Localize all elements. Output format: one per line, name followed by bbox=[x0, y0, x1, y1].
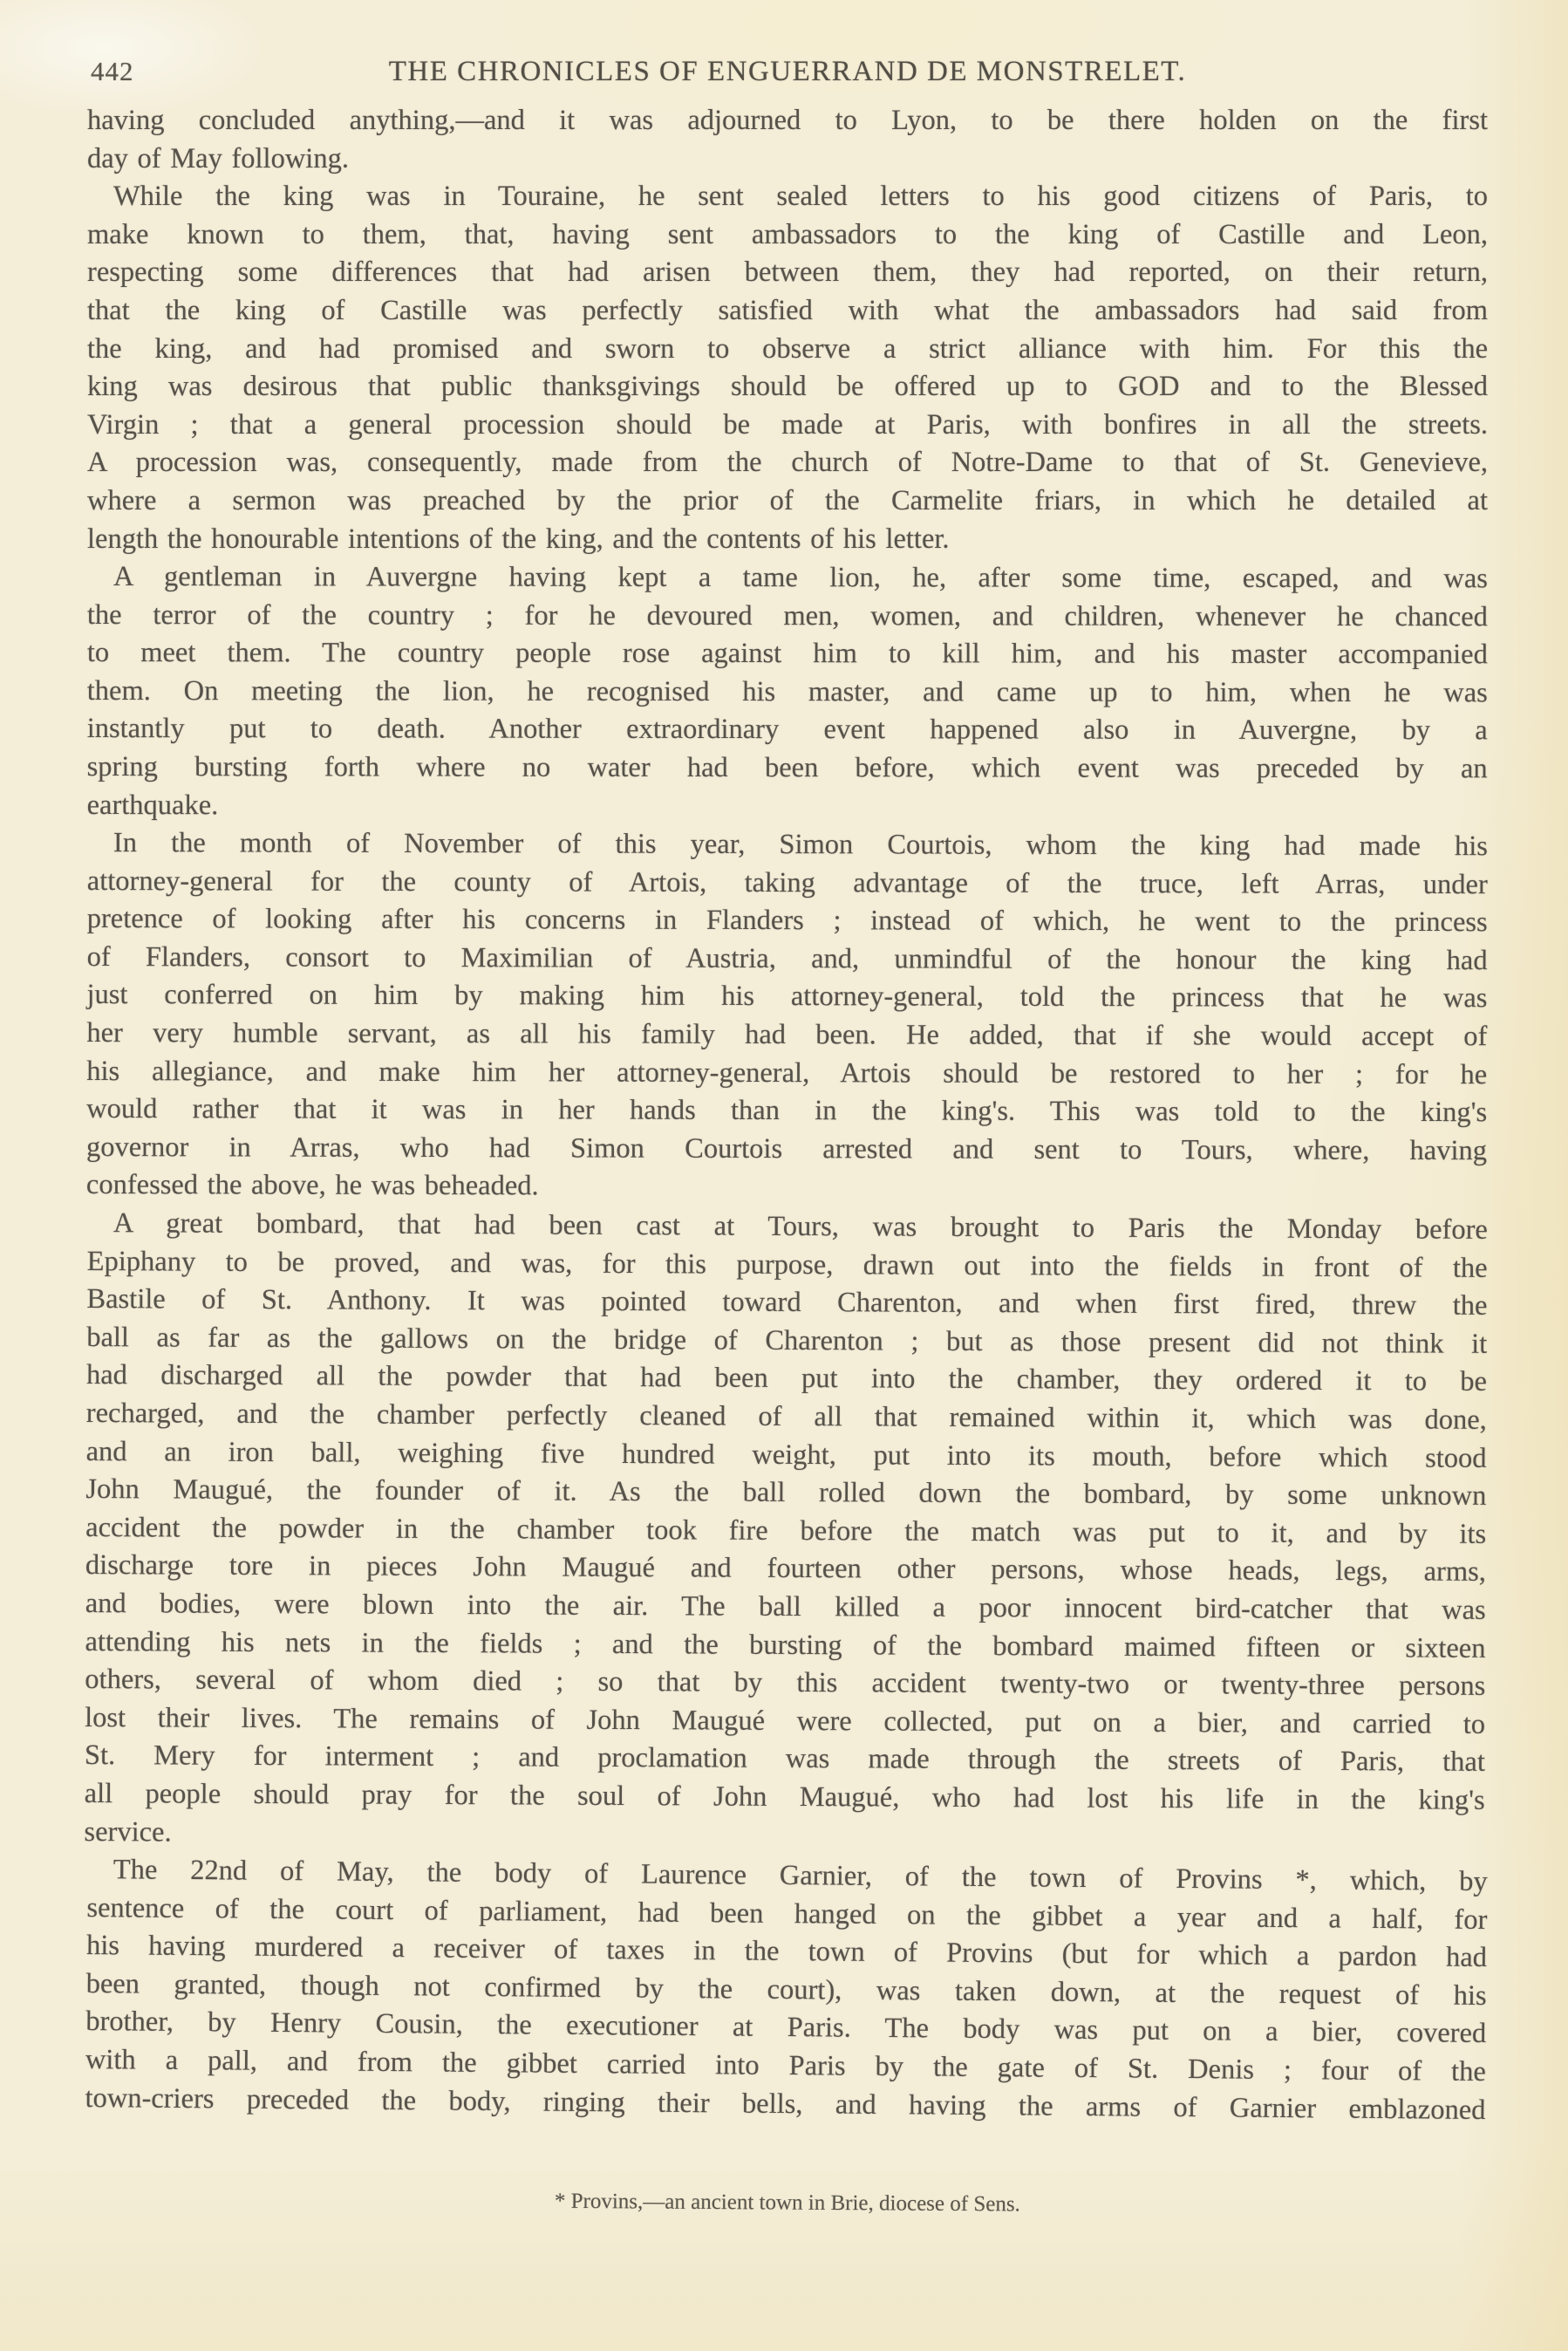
paragraph: While the king was in Touraine, he sent … bbox=[87, 178, 1488, 558]
book-page-scan: { "page": { "number": "442", "header_tit… bbox=[0, 0, 1568, 2351]
text-line: king was desirous that public thanksgivi… bbox=[87, 368, 1488, 407]
text-line: service. bbox=[84, 1814, 1484, 1858]
text-line: having concluded anything,—and it was ad… bbox=[87, 102, 1488, 140]
text-line: make known to them, that, having sent am… bbox=[87, 216, 1488, 255]
text-line: confessed the above, he was beheaded. bbox=[86, 1167, 1487, 1209]
text-line: all people should pray for the soul of J… bbox=[85, 1775, 1485, 1820]
text-line: governor in Arras, who had Simon Courtoi… bbox=[86, 1129, 1487, 1171]
text-line: day of May following. bbox=[87, 140, 1488, 179]
running-header-title: THE CHRONICLES OF ENGUERRAND DE MONSTREL… bbox=[87, 56, 1488, 88]
text-line: John Maugué, the founder of it. As the b… bbox=[85, 1471, 1486, 1515]
text-line: the terror of the country ; for he devou… bbox=[87, 597, 1488, 637]
page-number: 442 bbox=[91, 56, 134, 87]
footnote: * Provins,—an ancient town in Brie, dioc… bbox=[87, 2186, 1488, 2220]
text-line: pretence of looking after his concerns i… bbox=[87, 900, 1488, 942]
text-line: and bodies, were blown into the air. The… bbox=[85, 1585, 1486, 1630]
text-line: the king, and had promised and sworn to … bbox=[87, 331, 1488, 369]
text-line: would rather that it was in her hands th… bbox=[86, 1090, 1487, 1132]
text-line: In the month of November of this year, S… bbox=[87, 824, 1488, 866]
paragraph: A gentleman in Auvergne having kept a ta… bbox=[87, 558, 1488, 826]
text-line: A gentleman in Auvergne having kept a ta… bbox=[87, 558, 1488, 598]
text-line: her very humble servant, as all his fami… bbox=[86, 1015, 1487, 1056]
text-line: where a sermon was preached by the prior… bbox=[87, 482, 1488, 521]
paragraph: having concluded anything,—and it was ad… bbox=[87, 102, 1488, 178]
paragraph: In the month of November of this year, S… bbox=[86, 824, 1488, 1208]
text-line: While the king was in Touraine, he sent … bbox=[87, 178, 1488, 216]
text-line: Bastile of St. Anthony. It was pointed t… bbox=[86, 1281, 1487, 1325]
text-line: instantly put to death. Another extraord… bbox=[87, 710, 1488, 750]
text-line: just conferred on him by making him his … bbox=[86, 977, 1487, 1019]
text-line: A procession was, consequently, made fro… bbox=[87, 444, 1488, 482]
text-line: recharged, and the chamber perfectly cle… bbox=[86, 1395, 1487, 1439]
page-header: 442 THE CHRONICLES OF ENGUERRAND DE MONS… bbox=[87, 56, 1488, 92]
text-line: A great bombard, that had been cast at T… bbox=[87, 1205, 1488, 1249]
text-line: earthquake. bbox=[87, 787, 1488, 827]
text-line: Virgin ; that a general procession shoul… bbox=[87, 407, 1488, 445]
text-line: to meet them. The country people rose ag… bbox=[87, 634, 1488, 674]
text-line: respecting some differences that had ari… bbox=[87, 254, 1488, 292]
text-line: length the honourable intentions of the … bbox=[87, 521, 1488, 559]
paragraphs: having concluded anything,—and it was ad… bbox=[87, 102, 1488, 2117]
text-line: of Flanders, consort to Maximilian of Au… bbox=[87, 939, 1488, 981]
text-line: spring bursting forth where no water had… bbox=[87, 748, 1488, 789]
paragraph: A great bombard, that had been cast at T… bbox=[84, 1205, 1488, 1858]
text-line: his allegiance, and make him her attorne… bbox=[86, 1053, 1487, 1095]
text-line: that the king of Castille was perfectly … bbox=[87, 292, 1488, 331]
text-line: others, several of whom died ; so that b… bbox=[85, 1661, 1485, 1705]
text-line: them. On meeting the lion, he recognised… bbox=[87, 673, 1488, 713]
paragraph: The 22nd of May, the body of Laurence Ga… bbox=[85, 1851, 1488, 2129]
text-line: attorney-general for the county of Artoi… bbox=[87, 863, 1488, 905]
